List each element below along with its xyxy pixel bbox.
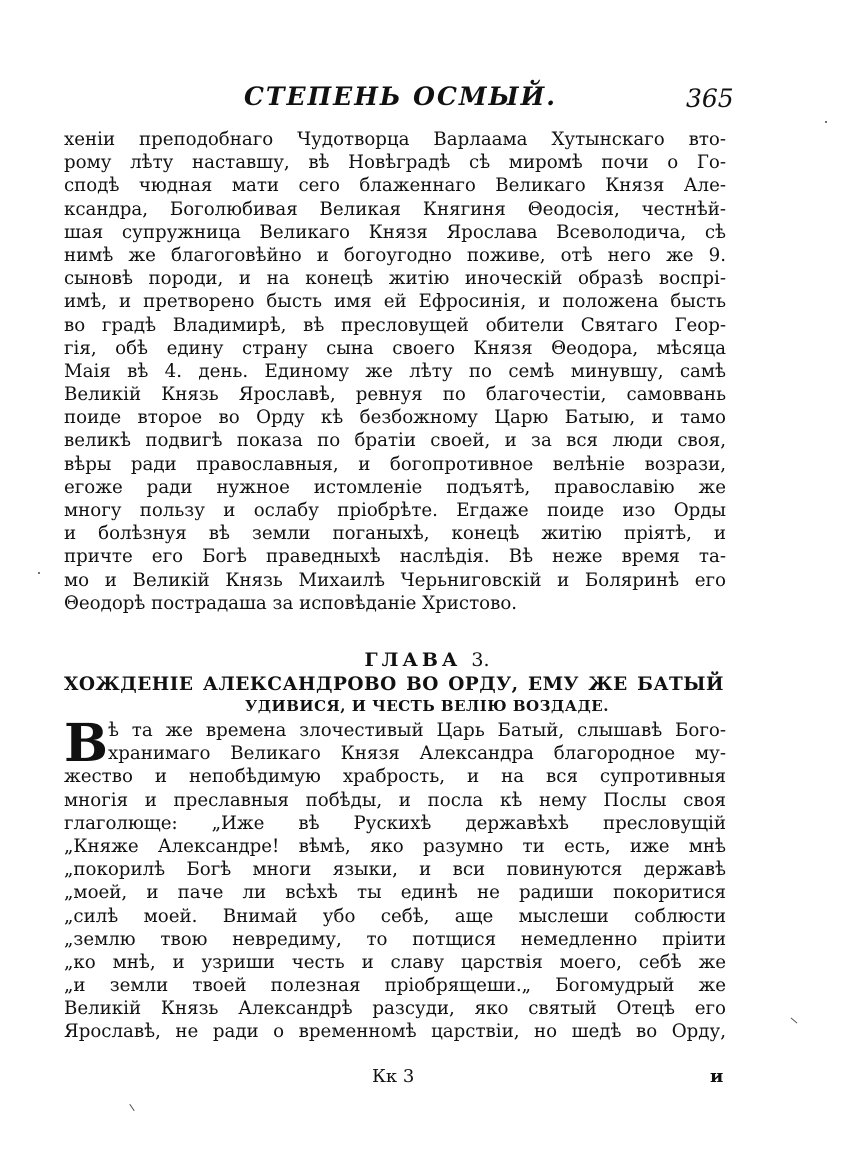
chapter-number: 3. [471, 649, 489, 671]
text-line: рому лѣту наставшу, вѣ Новѣградѣ сѣ миро… [64, 151, 726, 174]
text-line: „и земли твоей полезная прiобрящеши.„ Бо… [64, 974, 726, 997]
ink-speck [129, 1104, 134, 1111]
text-line: хенiи преподобнаго Чудотворца Варлаама Х… [64, 128, 726, 151]
signature-mark: Кк 3 [372, 1066, 414, 1087]
book-page: СТЕПЕНЬ ОСМЫЙ. 365 хенiи преподобнаго Чу… [0, 0, 854, 1150]
text-line: „землю твою невредиму, то потщися немедл… [64, 928, 726, 951]
text-line: глаголюще: „Иже вѣ Рускихѣ державѣхѣ пре… [64, 812, 726, 835]
text-line: сыновѣ породи, и на конецѣ житiю иноческ… [64, 267, 726, 290]
text-line: хранимаго Великаго Князя Александра благ… [64, 742, 726, 765]
text-line: Ярославѣ, не ради о временномѣ царствiи,… [64, 1020, 726, 1043]
text-line: Великiй Князь Александрѣ разсуди, яко св… [64, 997, 726, 1020]
running-title: СТЕПЕНЬ ОСМЫЙ. [244, 82, 557, 111]
text-line: нимѣ же благоговѣйно и богоугодно поживе… [64, 244, 726, 267]
text-line: Великiй Князь Ярославѣ, ревнуя по благоч… [64, 383, 726, 406]
ink-speck [38, 572, 40, 574]
text-line: жество и непобѣдимую храбрость, и на вся… [64, 765, 726, 788]
text-line: поиде второе во Орду кѣ безбожному Царю … [64, 406, 726, 429]
text-line: „моей, и паче ли всѣхѣ ты единѣ не радиш… [64, 881, 726, 904]
text-line: во градѣ Владимирѣ, вѣ пресловущей обите… [64, 314, 726, 337]
text-line: ксандра, Боголюбивая Великая Княгиня Θео… [64, 198, 726, 221]
text-line: „покорилѣ Богѣ многи языки, и вси повину… [64, 858, 726, 881]
text-line: шая супружница Великаго Князя Ярослава В… [64, 221, 726, 244]
text-line: „ко мнѣ, и узриши честь и славу царствiя… [64, 951, 726, 974]
text-line: вѣры ради православныя, и богопротивное … [64, 453, 726, 476]
text-line: многiя и преславныя побѣды, и посла кѣ н… [64, 789, 726, 812]
text-line: ѣ та же времена злочестивый Царь Батый, … [64, 719, 726, 742]
text-line: егоже ради нужное истомленiе подъятѣ, пр… [64, 476, 726, 499]
body-paragraph: хенiи преподобнаго Чудотворца Варлаама Х… [64, 128, 726, 615]
chapter-label: ГЛАВА [364, 649, 461, 671]
text-line: „силѣ моей. Внимай убо себѣ, аще мыслеши… [64, 905, 726, 928]
chapter-title-line-1: ХОЖДЕНIЕ АЛЕКСАНДРОВО ВО ОРДУ, ЕМУ ЖЕ БА… [64, 674, 724, 695]
page-number: 365 [686, 84, 734, 113]
text-line: многу пользу и ослабу прiобрѣте. Егдаже … [64, 499, 726, 522]
text-line: Θеодорѣ пострадаша за исповѣданiе Христо… [64, 592, 726, 615]
ink-speck [825, 121, 827, 123]
text-line: имѣ, и претворено бысть имя ей Ефросинiя… [64, 290, 726, 313]
chapter-paragraph: ѣ та же времена злочестивый Царь Батый, … [64, 719, 726, 1044]
running-head: СТЕПЕНЬ ОСМЫЙ. 365 [0, 82, 854, 116]
text-line: мо и Великiй Князь Михаилѣ Черьниговскiй… [64, 569, 726, 592]
text-line: сподѣ чюдная мати сего блаженнаго Велика… [64, 174, 726, 197]
text-line: великѣ подвигѣ показа по братiи своей, и… [64, 429, 726, 452]
catchword: и [710, 1066, 723, 1087]
text-line: и болѣзнуя вѣ земли поганыхѣ, конецѣ жит… [64, 522, 726, 545]
text-line: гiя, обѣ едину страну сына своего Князя … [64, 337, 726, 360]
text-line: Маiя вѣ 4. день. Единому же лѣту по семѣ… [64, 360, 726, 383]
text-line: „Княже Александре! вѣмѣ, яко разумно ти … [64, 835, 726, 858]
chapter-title-line-2: УДИВИСЯ, И ЧЕСТЬ ВЕЛIЮ ВОЗДАДЕ. [0, 697, 854, 715]
ink-speck [791, 1018, 798, 1024]
chapter-heading: ГЛАВА3. [0, 649, 854, 671]
text-line: причте его Богѣ праведныхѣ наслѣдiя. Вѣ … [64, 545, 726, 568]
